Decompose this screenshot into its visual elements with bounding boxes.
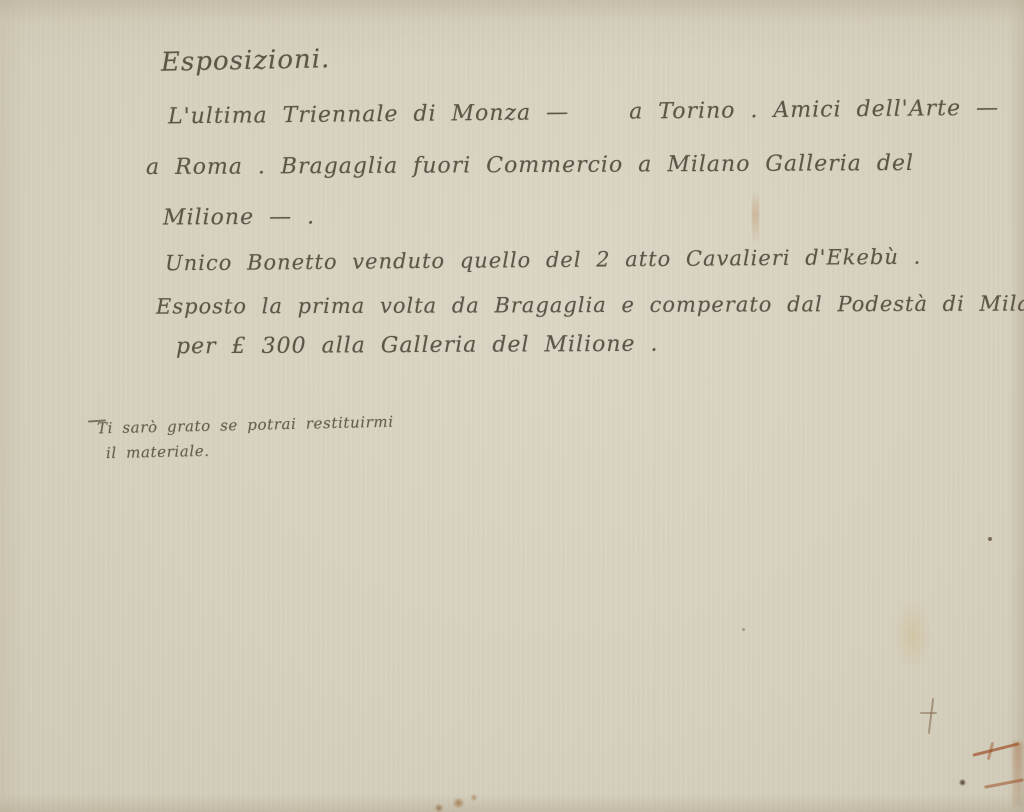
note-line-1: L'ultima Triennale di Monza — a Torino .…	[168, 96, 999, 130]
note-line-6: per £ 300 alla Galleria del Milione .	[176, 332, 659, 360]
rust-scratch	[987, 742, 994, 760]
yellow-age-stain	[893, 598, 933, 672]
foxing-spot	[470, 794, 478, 801]
manuscript-page: Esposizioni. L'ultima Triennale di Monza…	[0, 0, 1024, 812]
faint-vertical-stain	[752, 190, 759, 244]
foxing-spot	[452, 798, 465, 808]
foxing-spot	[434, 804, 444, 812]
rust-scratch	[984, 778, 1024, 789]
postscript-line-2: il materiale.	[106, 442, 210, 462]
postscript-line-1: Ti sarò grato se potrai restituirmi	[97, 413, 394, 438]
note-line-3: Milione — .	[163, 204, 315, 230]
pencil-mark-vertical	[928, 698, 934, 734]
note-line-4: Unico Bonetto venduto quello del 2 atto …	[165, 245, 921, 276]
rust-scratch	[972, 742, 1019, 757]
note-heading: Esposizioni.	[161, 44, 331, 78]
pencil-mark-horizontal	[920, 712, 937, 714]
paper-speck	[742, 628, 745, 631]
note-line-5: Esposto la prima volta da Bragaglia e co…	[156, 291, 1024, 318]
note-line-2: a Roma . Bragaglia fuori Commercio a Mil…	[146, 151, 914, 180]
rust-edge-streak	[1013, 742, 1022, 806]
ink-dot	[959, 779, 966, 786]
paper-speck	[988, 537, 992, 541]
